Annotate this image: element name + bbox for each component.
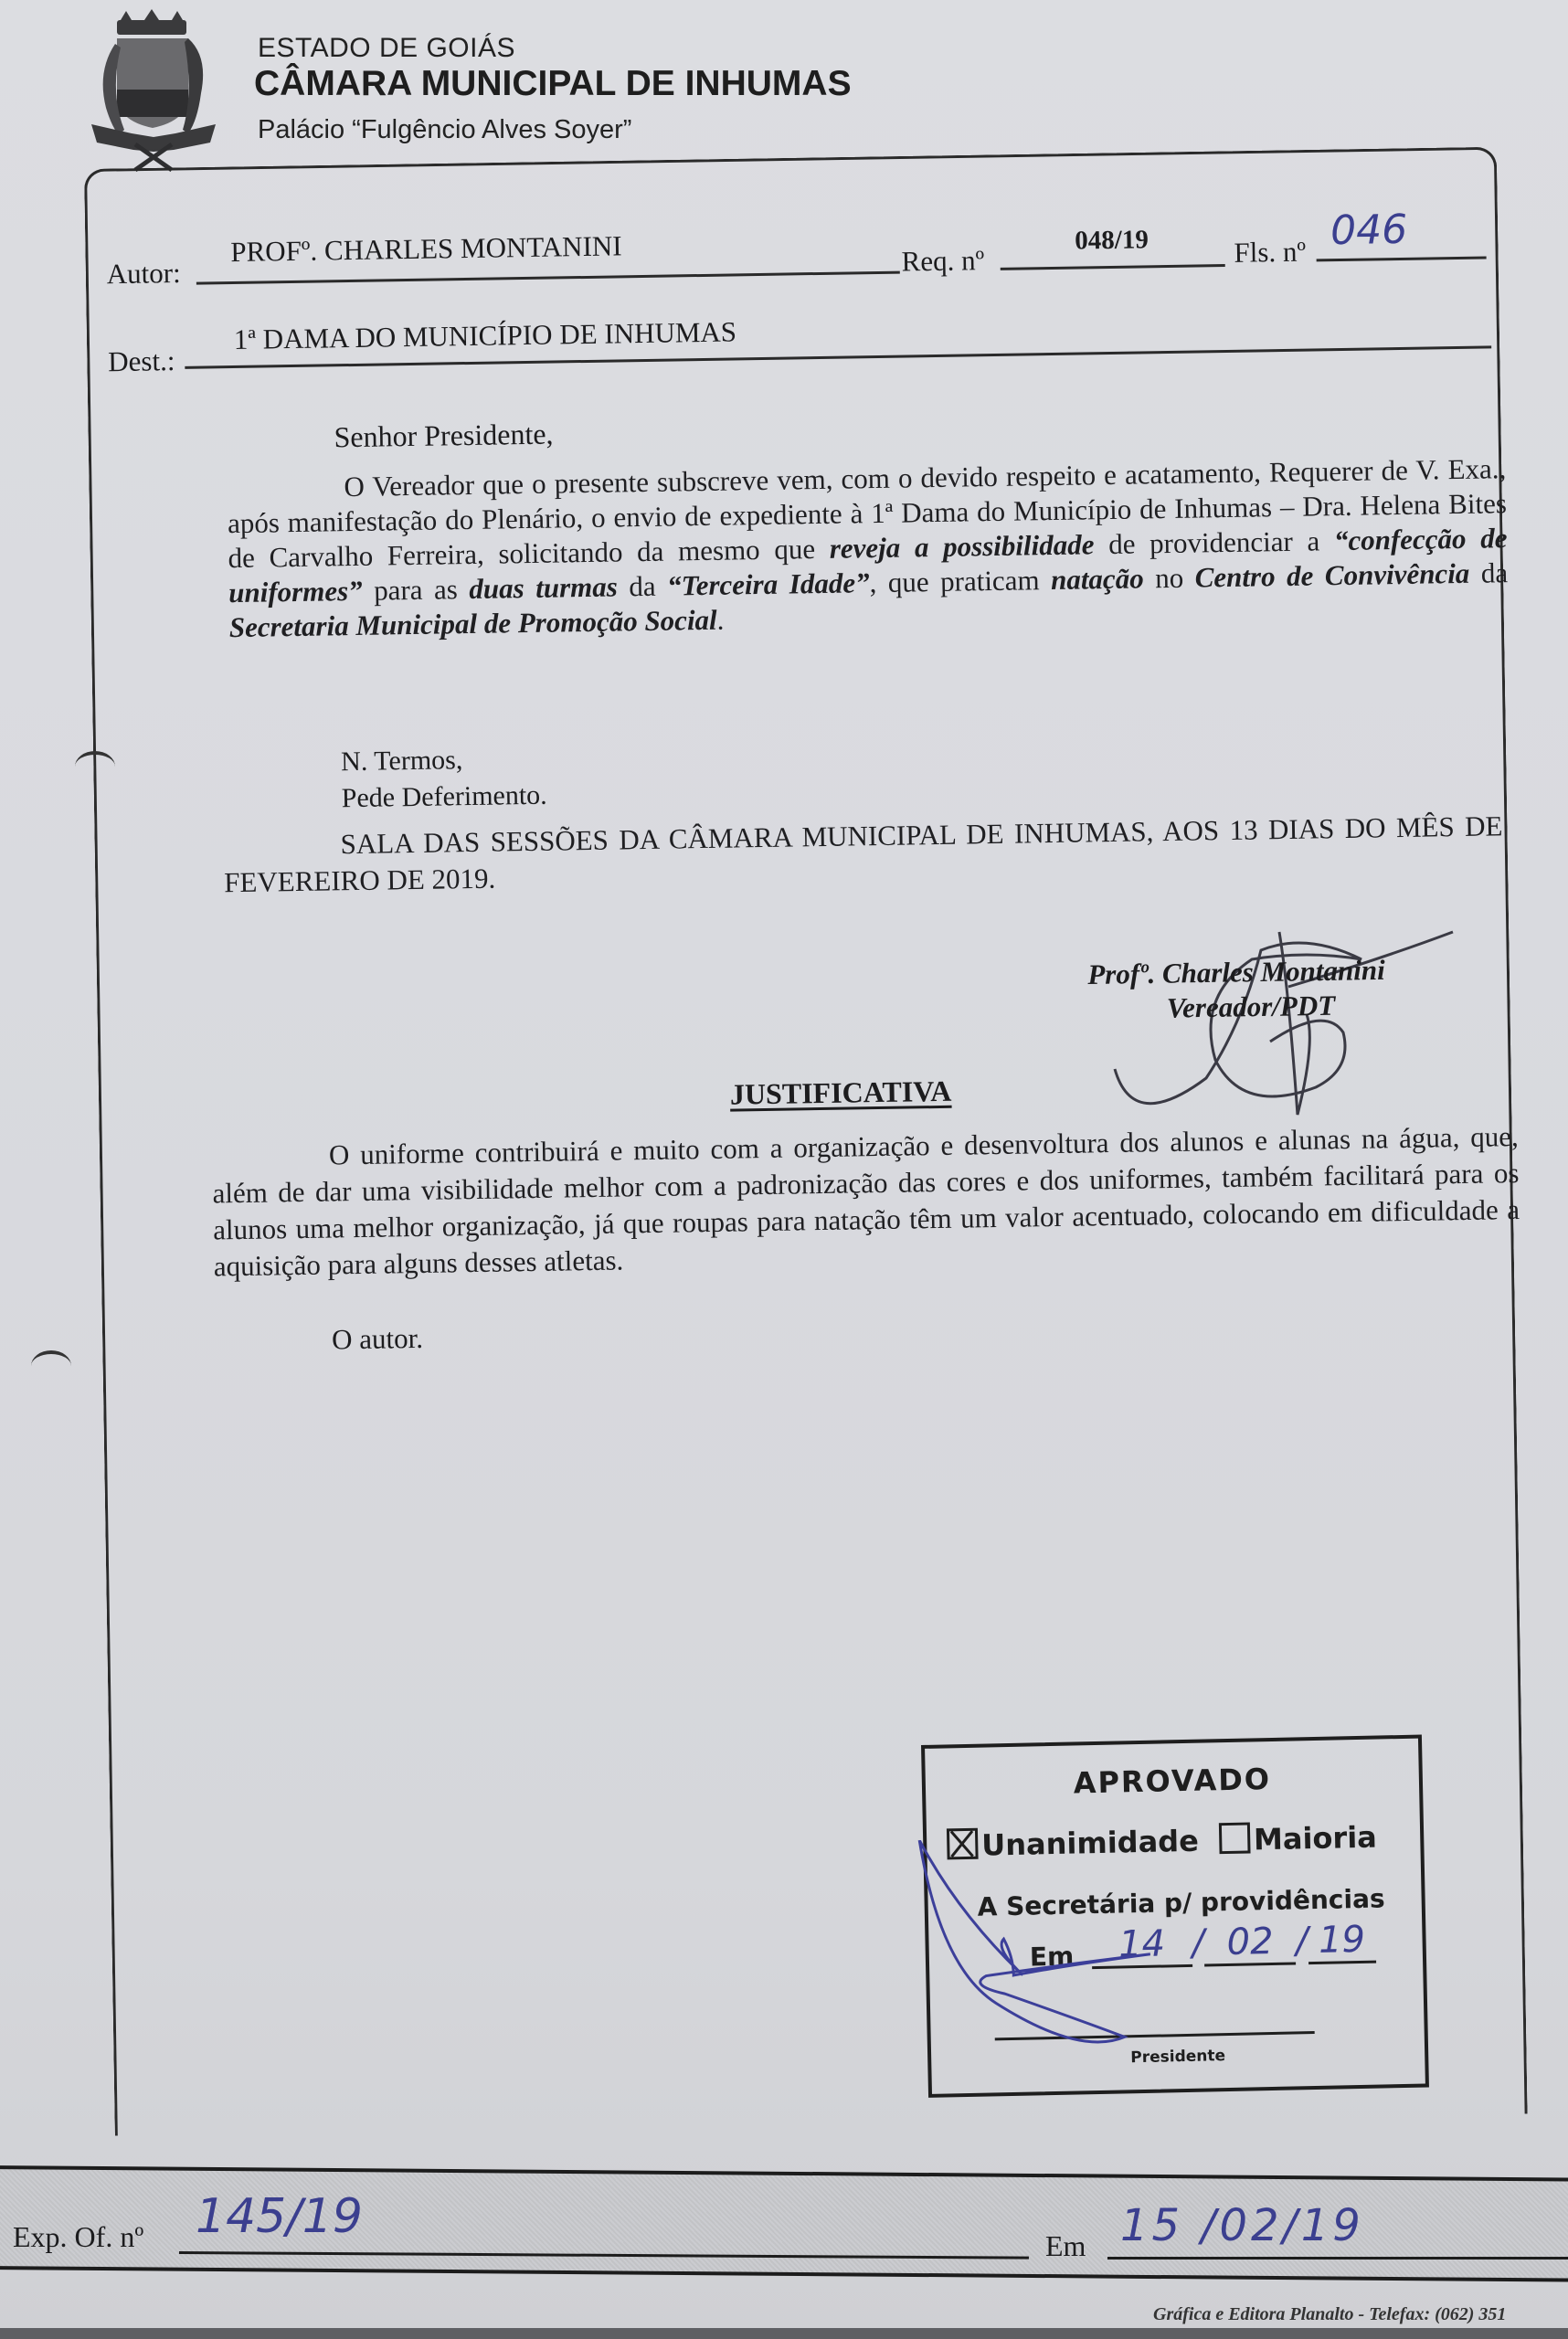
author-sign-off: O autor. [332, 1322, 423, 1357]
footer-em-line [1107, 2257, 1568, 2260]
president-signature-scribble [914, 1835, 1192, 2059]
hole-punch-bottom [31, 1350, 71, 1381]
approval-stamp: APROVADO Unanimidade Maioria A Secretári… [921, 1735, 1429, 2098]
maioria-checkbox[interactable] [1219, 1822, 1251, 1854]
printer-credit: Gráfica e Editora Planalto - Telefax: (0… [1153, 2304, 1506, 2325]
exp-of-label: Exp. Of. nº [13, 2220, 143, 2254]
footer-em-label: Em [1045, 2229, 1086, 2263]
stamp-date-month: 02 [1204, 1920, 1297, 1966]
document-page: ESTADO DE GOIÁS CÂMARA MUNICIPAL DE INHU… [0, 0, 1568, 2339]
footer-date: 15 /02/19 [1120, 2200, 1364, 2251]
exp-of-handwritten-value: 145/19 [196, 2189, 363, 2244]
footer-date-day: 15 [1120, 2200, 1183, 2251]
justificativa-section: JUSTIFICATIVA O uniforme contribuirá e m… [0, 0, 1568, 1389]
maioria-label: Maioria [1254, 1820, 1378, 1857]
hole-punch-top [75, 751, 115, 782]
footer-date-year: 19 [1301, 2200, 1364, 2251]
stamp-date-year: 19 [1308, 1919, 1376, 1965]
footer-date-month: 02 [1220, 2200, 1283, 2251]
stamp-title: APROVADO [926, 1759, 1420, 1804]
page-edge-shadow [0, 2328, 1568, 2339]
justificativa-text: O uniforme contribuirá e muito com a org… [212, 1118, 1520, 1285]
justificativa-title: JUSTIFICATIVA [730, 1074, 952, 1112]
